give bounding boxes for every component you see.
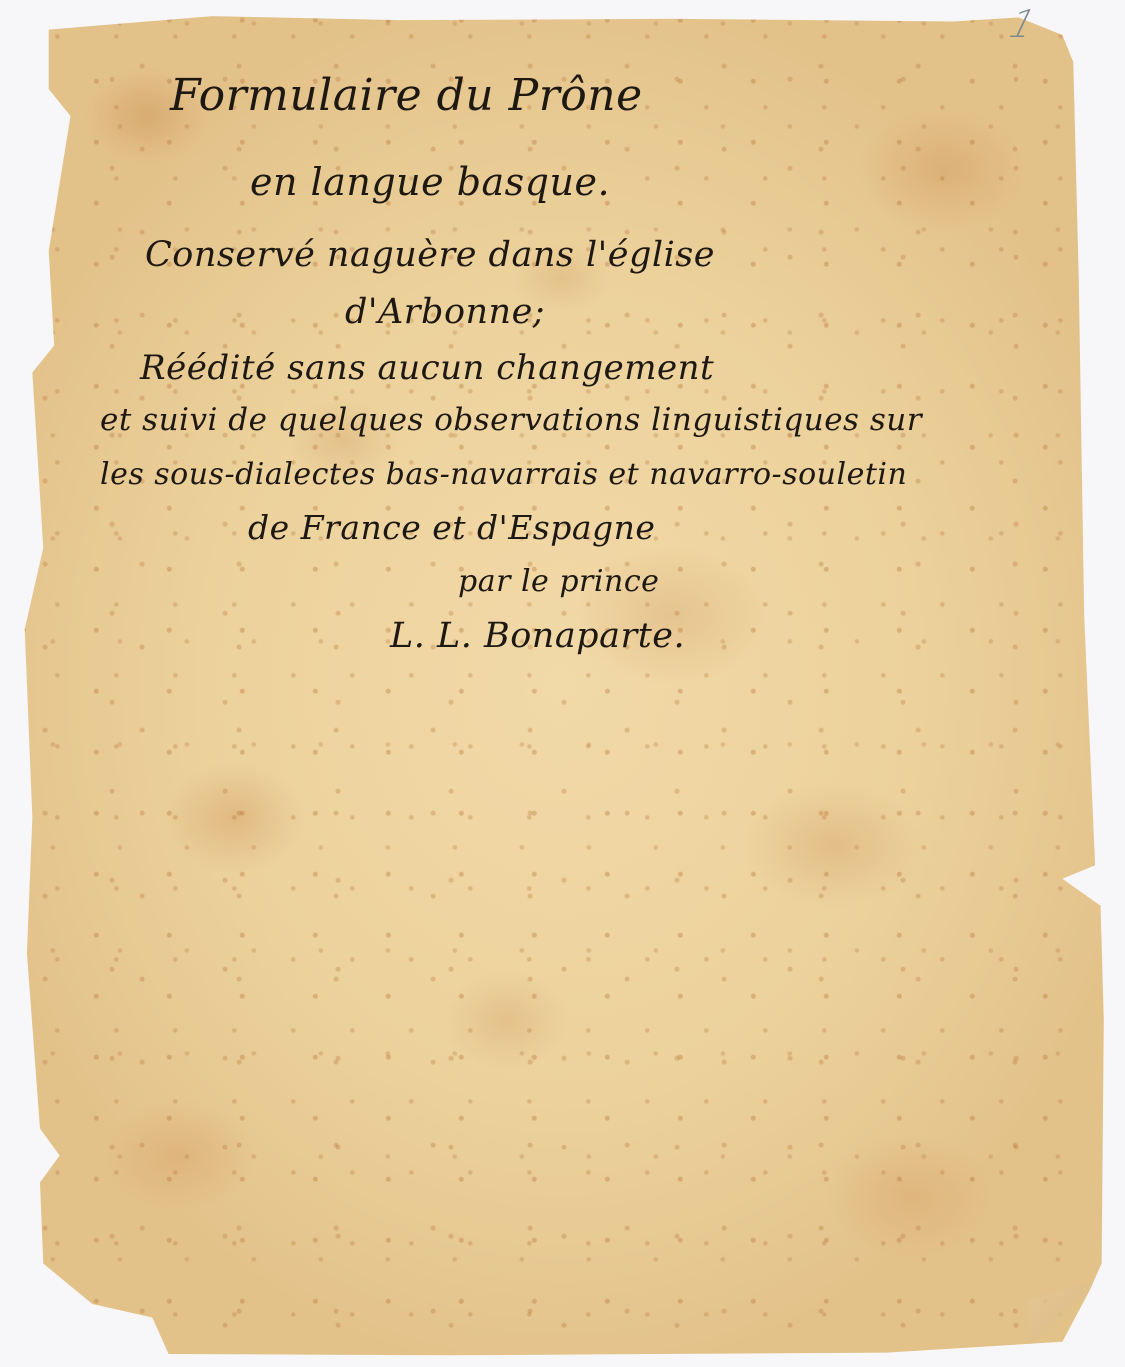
description-line-4: de France et d'Espagne xyxy=(248,508,655,547)
foxing-stains xyxy=(16,8,1106,1358)
description-line-1: Réédité sans aucun changement xyxy=(140,348,714,388)
manuscript-sheet xyxy=(16,8,1106,1358)
description-line-3: les sous-dialectes bas-navarrais et nava… xyxy=(100,457,907,492)
folded-corner xyxy=(1028,1280,1098,1350)
title-line-2: en langue basque. xyxy=(250,160,610,204)
subtitle-line-1: Conservé naguère dans l'église xyxy=(145,235,715,275)
title-line-1: Formulaire du Prône xyxy=(170,70,643,121)
author-prefix: par le prince xyxy=(458,564,659,599)
description-line-2: et suivi de quelques observations lingui… xyxy=(100,402,922,438)
subtitle-line-2: d'Arbonne; xyxy=(345,292,545,332)
author-signature: L. L. Bonaparte. xyxy=(390,616,685,656)
